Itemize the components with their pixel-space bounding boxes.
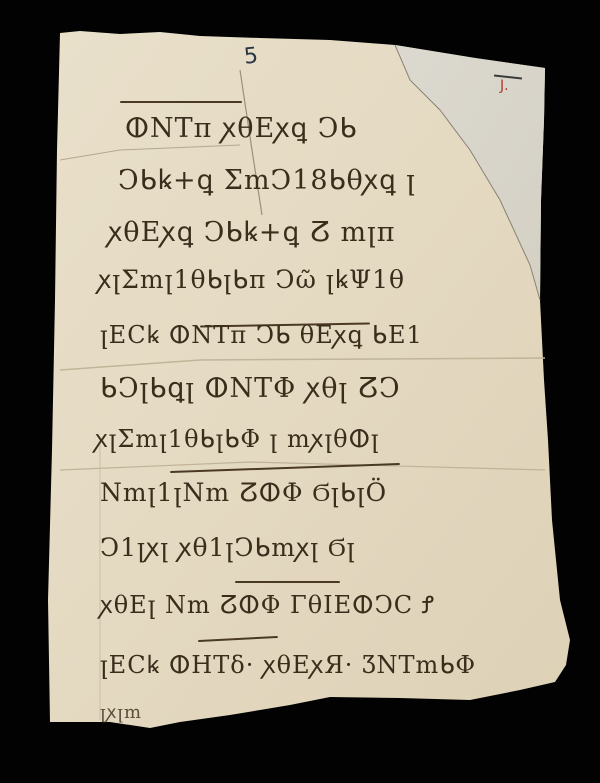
- cipher-line-4: ꭗꞁΣmꞁ1θᑲꞁᑲπ Ͻῶ ꞁꝃΨ1θ: [98, 262, 405, 296]
- cipher-line-5: ꞁΕϹꝃ ⵀΝΤπ Ͻᑲ θΕꭗꝗ ᑲΕ1: [100, 318, 423, 351]
- cipher-line-6: ᑲϽꞁᑲꝗꞁ ⵀΝΤΦ ꭗθꞁ ⵒϽ: [100, 368, 401, 405]
- cipher-line-12-partial: ꞁꭗꞁm: [100, 700, 142, 724]
- cipher-line-11: ꞁΕϹꝃ ⵀΗΤδ· ꭗθΕꭗЯ· ƷΝΤmᑲΦ: [100, 648, 476, 681]
- abbreviation-stroke: [120, 101, 242, 103]
- cipher-line-7: ꭗꞁΣmꞁ1θᑲꞁᑲΦ ꞁ mꭗꞁθⵀꞁ: [95, 422, 380, 455]
- folio-number: 5: [243, 43, 260, 69]
- abbreviation-stroke: [235, 581, 340, 583]
- cipher-line-9: Ͻ1ꞁꭗꞁ ꭗθ1ꞁϽᑲmꭗꞁ Ϭꞁ: [100, 530, 356, 564]
- manuscript-scan: 5 J. ⵀΝΤπ ꭗθΕꭗꝗ Ͻᑲ Ͻᑲꝃ+ꝗ ΣmϽ18ᑲθꭗꝗ ꞁ ꭗθΕ…: [0, 0, 600, 783]
- cipher-line-8: Νmꞁ1ꞁΝm ⵒⵀΦ ϬꞁᑲꞁӦ: [100, 478, 387, 508]
- corner-mark: J.: [500, 78, 509, 94]
- cipher-line-1: ⵀΝΤπ ꭗθΕꭗꝗ Ͻᑲ: [125, 108, 357, 145]
- cipher-line-10: ꭗθΕꞁ Νm ⵒⵀΦ ΓθΙΕⵀϽϹ Ꝭ: [100, 588, 435, 621]
- cipher-line-2: Ͻᑲꝃ+ꝗ ΣmϽ18ᑲθꭗꝗ ꞁ: [118, 160, 416, 197]
- cipher-line-3: ꭗθΕꭗꝗ Ͻᑲꝃ+ꝗ ⵒ mꞁπ: [108, 212, 396, 249]
